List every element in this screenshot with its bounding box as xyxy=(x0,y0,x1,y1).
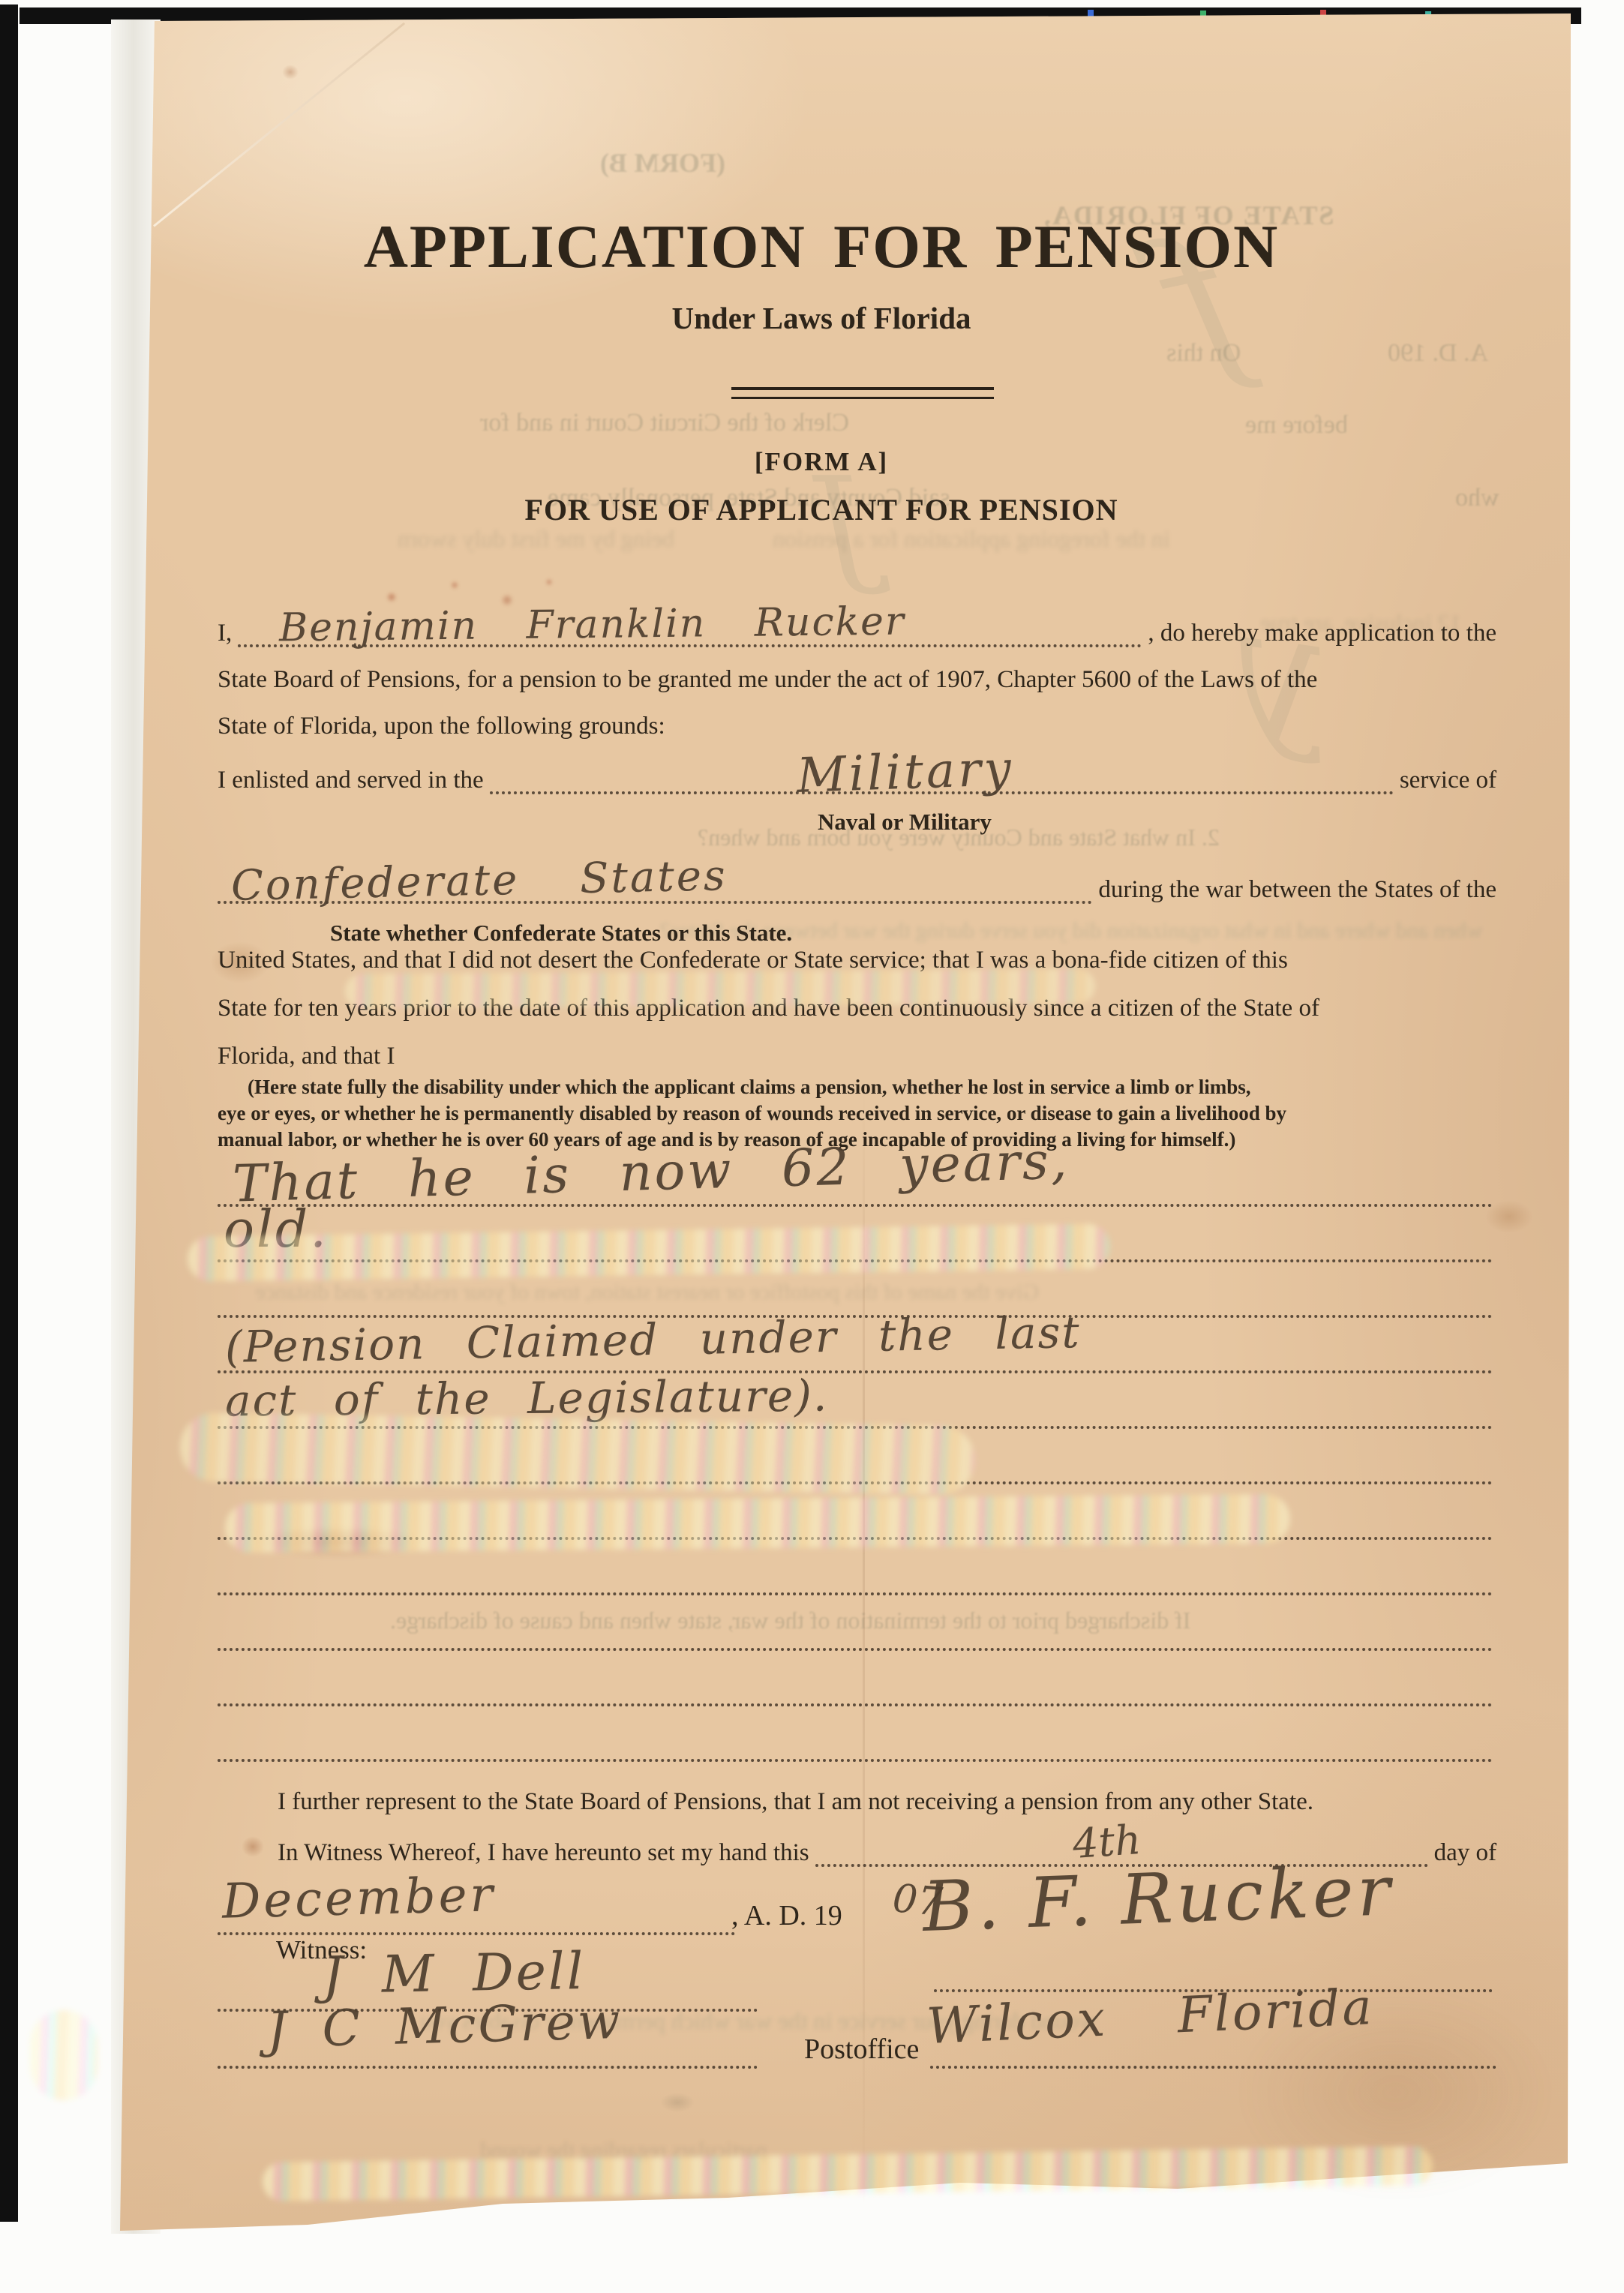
statement-handwriting-4: act of the Legislature). xyxy=(225,1370,829,1426)
statement-handwriting-2: old. xyxy=(224,1200,329,1259)
statement-dotted-line xyxy=(218,1703,1493,1706)
form-use-label: FOR USE OF APPLICANT FOR PENSION xyxy=(75,492,1568,527)
state-caption: State whether Confederate States or this… xyxy=(330,920,792,947)
service-suffix: during the war between the States of the xyxy=(1098,876,1496,904)
statement-dotted-line xyxy=(218,1648,1493,1651)
ghost-sworn-line: being by me first duly sworn xyxy=(398,525,674,553)
glare-band xyxy=(30,2010,98,2100)
ghost-clerk-line: Clerk of the Circuit Court in and for xyxy=(480,409,849,437)
statement-dotted-line xyxy=(218,1259,1493,1262)
applicant-name-field: Benjamin Franklin Rucker xyxy=(238,638,1142,647)
naval-or-military-caption: Naval or Military xyxy=(818,809,992,836)
branch-handwriting: Military xyxy=(796,741,1015,804)
intro-suffix: , do hereby make application to the xyxy=(1148,620,1496,647)
service-field: Confederate States xyxy=(218,894,1092,904)
service-handwriting: Confederate States xyxy=(230,851,728,911)
service-line: Confederate States during the war betwee… xyxy=(218,876,1496,904)
witness2-handwriting: J C McGrew xyxy=(266,1992,623,2059)
enlistment-suffix: service of xyxy=(1400,767,1496,794)
postoffice-dotted-line xyxy=(930,2066,1496,2069)
applicant-name-handwriting: Benjamin Franklin Rucker xyxy=(279,599,905,651)
intro-line-1: I, Benjamin Franklin Rucker , do hereby … xyxy=(218,620,1496,647)
enlistment-prefix: I enlisted and served in the xyxy=(218,767,484,794)
intro-prefix: I, xyxy=(218,620,232,647)
instructions-line-2: eye or eyes, or whether he is permanentl… xyxy=(218,1102,1286,1125)
scan-left-strip xyxy=(0,5,18,2222)
ghost-residence-question: Give the name of this postoffice or near… xyxy=(255,1280,1039,1305)
page-subtitle: Under Laws of Florida xyxy=(75,300,1568,336)
ghost-discharge-question: If discharged prior to the termination o… xyxy=(390,1607,1190,1634)
form-label: [FORM A] xyxy=(75,447,1568,477)
statement-dotted-line xyxy=(218,1481,1493,1484)
statement-dotted-line xyxy=(218,1537,1493,1540)
witness-prefix: In Witness Whereof, I have hereunto set … xyxy=(278,1839,809,1867)
witness-suffix: day of xyxy=(1434,1839,1496,1867)
body-line-florida: Florida, and that I xyxy=(218,1043,395,1070)
page-title: APPLICATION FOR PENSION xyxy=(75,212,1568,282)
intro-line-3: State of Florida, upon the following gro… xyxy=(218,713,665,740)
intro-line-2: State Board of Pensions, for a pension t… xyxy=(218,666,1317,694)
instructions-line-1: (Here state fully the disability under w… xyxy=(248,1076,1251,1099)
ghost-form-b-label: (FORM B) xyxy=(600,147,725,179)
statement-dotted-line xyxy=(218,1759,1493,1762)
signature-handwriting: B. F. Rucker xyxy=(921,1850,1395,1947)
ghost-year-line: A. D. 190 xyxy=(1388,339,1488,368)
ghost-wound-line: particulars regarding the wound xyxy=(480,2138,767,2163)
scanned-document-page: (FORM B) STATE OF FLORIDA, On this A. D.… xyxy=(0,0,1624,2293)
further-represent-line: I further represent to the State Board o… xyxy=(278,1788,1313,1816)
branch-field: Military xyxy=(490,785,1394,794)
year-printed: , A. D. 19 xyxy=(731,1899,842,1932)
ghost-before-me: before me xyxy=(1245,411,1348,440)
divider-rule xyxy=(731,387,994,399)
postoffice-label: Postoffice xyxy=(804,2033,919,2066)
witness2-dotted-line xyxy=(218,2066,758,2069)
statement-dotted-line xyxy=(218,1426,1493,1429)
month-handwriting: December xyxy=(221,1867,497,1930)
statement-dotted-line xyxy=(218,1592,1493,1595)
enlistment-line: I enlisted and served in the Military se… xyxy=(218,767,1496,794)
body-line-ten-years: State for ten years prior to the date of… xyxy=(218,995,1319,1022)
body-line-united-states: United States, and that I did not desert… xyxy=(218,947,1288,974)
